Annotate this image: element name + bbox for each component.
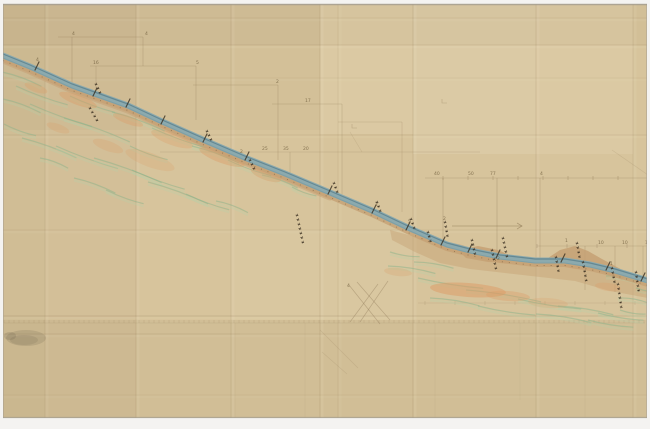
svg-text:2: 2 — [443, 216, 446, 222]
svg-text:35: 35 — [283, 146, 289, 152]
svg-text:20: 20 — [303, 146, 309, 152]
svg-text:2: 2 — [375, 202, 378, 208]
svg-text:40: 40 — [434, 171, 440, 177]
svg-text:5: 5 — [196, 60, 199, 66]
svg-text:4: 4 — [540, 171, 543, 177]
svg-text:4: 4 — [145, 31, 148, 37]
svg-text:50: 50 — [468, 171, 474, 177]
svg-text:16: 16 — [93, 60, 99, 66]
svg-text:10: 10 — [622, 240, 628, 246]
svg-text:4: 4 — [347, 283, 350, 289]
svg-text:4: 4 — [36, 57, 39, 63]
svg-text:77: 77 — [490, 171, 496, 177]
svg-text:1: 1 — [610, 261, 613, 267]
svg-text:2: 2 — [497, 256, 500, 262]
svg-text:10: 10 — [598, 240, 604, 246]
svg-text:2: 2 — [276, 79, 279, 85]
svg-text:4: 4 — [72, 31, 75, 37]
svg-text:17: 17 — [305, 98, 311, 104]
map-canvas: 444165217253520240507741010102225411 — [0, 0, 650, 429]
svg-text:2: 2 — [240, 149, 243, 155]
svg-text:25: 25 — [262, 146, 268, 152]
scan-background: 444165217253520240507741010102225411 — [0, 0, 650, 429]
svg-text:5: 5 — [408, 219, 411, 225]
svg-text:1: 1 — [565, 238, 568, 244]
